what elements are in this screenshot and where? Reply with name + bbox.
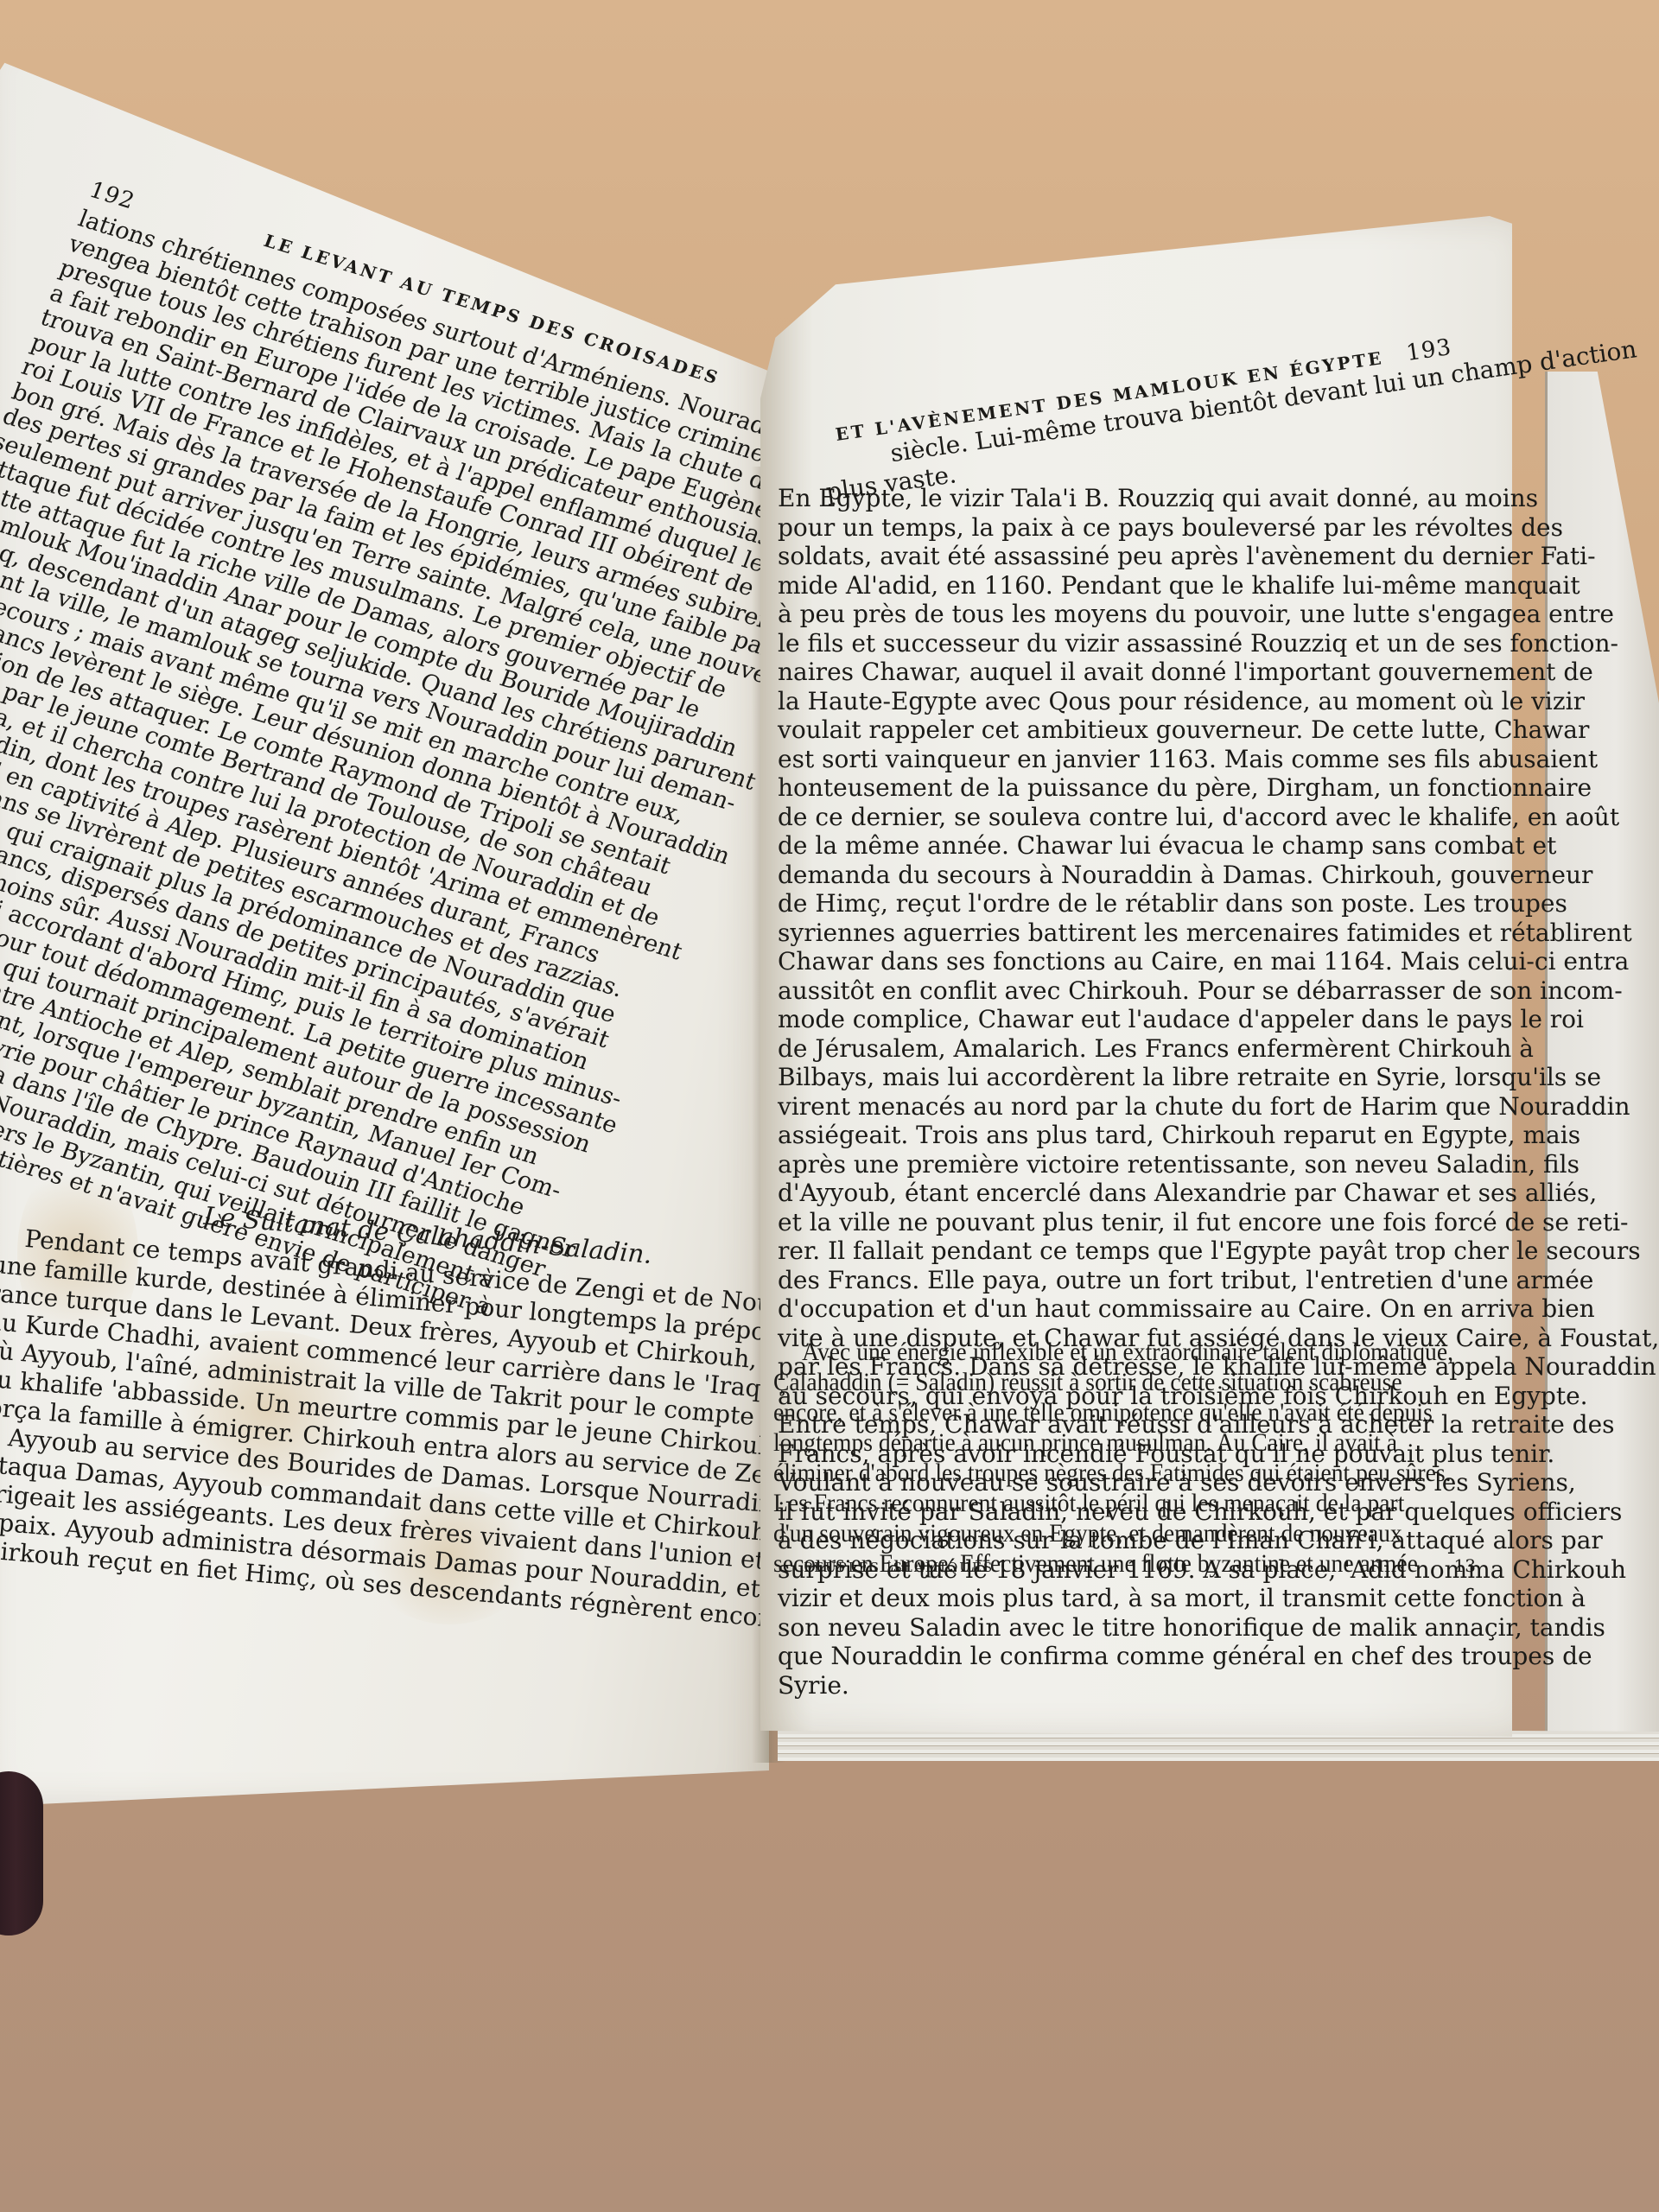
- text-line: demanda du secours à Nouraddin à Damas. …: [778, 861, 1538, 890]
- text-line: d'Ayyoub, étant encerclé dans Alexandrie…: [778, 1179, 1538, 1208]
- text-line: le fils et successeur du vizir assassiné…: [778, 629, 1538, 658]
- text-line: Avec une énergie inflexible et un extrao…: [773, 1337, 1465, 1367]
- text-line: syriennes aguerries battirent les mercen…: [778, 918, 1538, 948]
- sheet-number: 13: [1454, 1555, 1486, 1576]
- text-line: Çalahaddin (= Saladin) réussit à sortir …: [773, 1367, 1465, 1397]
- hand-thumb-holding-book: [0, 1771, 43, 1935]
- text-line: mide Al'adid, en 1160. Pendant que le kh…: [778, 571, 1538, 601]
- text-line: est sorti vainqueur en janvier 1163. Mai…: [778, 745, 1538, 774]
- text-line: naires Chawar, auquel il avait donné l'i…: [778, 658, 1538, 687]
- text-line: Bilbays, mais lui accordèrent la libre r…: [778, 1063, 1538, 1092]
- text-line: virent menacés au nord par la chute du f…: [778, 1092, 1538, 1122]
- text-line: vizir et deux mois plus tard, à sa mort,…: [778, 1584, 1538, 1613]
- text-line: aussitôt en conflit avec Chirkouh. Pour …: [778, 976, 1538, 1006]
- text-line: voulait rappeler cet ambitieux gouverneu…: [778, 715, 1538, 745]
- text-line: rer. Il fallait pendant ce temps que l'E…: [778, 1236, 1538, 1266]
- text-line: de la même année. Chawar lui évacua le c…: [778, 831, 1538, 861]
- book-photo-scene: 192 LE LEVANT AU TEMPS DES CROISADES lat…: [0, 0, 1659, 2212]
- text-line: soldats, avait été assassiné peu après l…: [778, 542, 1538, 571]
- right-page-lower-text: Avec une énergie inflexible et un extrao…: [773, 1337, 1525, 1579]
- text-line: son neveu Saladin avec le titre honorifi…: [778, 1613, 1538, 1643]
- text-line: que Nouraddin le confirma comme général …: [778, 1642, 1538, 1671]
- right-page-footer: PEUPLES ISLAMIQUES 13: [804, 1555, 1486, 1576]
- text-line: de Himç, reçut l'ordre de le rétablir da…: [778, 889, 1538, 918]
- text-line: et la ville ne pouvant plus tenir, il fu…: [778, 1208, 1538, 1237]
- text-line: Chawar dans ses fonctions au Caire, en m…: [778, 947, 1538, 976]
- text-line: longtemps départie à aucun prince musulm…: [773, 1427, 1465, 1458]
- text-line: encore, et à s'élever à une telle omnipo…: [773, 1397, 1465, 1427]
- text-line: de ce dernier, se souleva contre lui, d'…: [778, 803, 1538, 832]
- text-line: pour un temps, la paix à ce pays bouleve…: [778, 513, 1538, 543]
- text-line: d'occupation et d'un haut commissaire au…: [778, 1294, 1538, 1324]
- text-line: Syrie.: [778, 1671, 1538, 1700]
- text-line: mode complice, Chawar eut l'audace d'app…: [778, 1005, 1538, 1034]
- text-line: En Egypte, le vizir Tala'i B. Rouzziq qu…: [778, 484, 1538, 513]
- text-line: des Francs. Elle paya, outre un fort tri…: [778, 1266, 1538, 1295]
- text-line: honteusement de la puissance du père, Di…: [778, 773, 1538, 803]
- text-line: de Jérusalem, Amalarich. Les Francs enfe…: [778, 1034, 1538, 1064]
- left-page-lower-text: Le Sultanat de Çalahaddin-Saladin. Penda…: [0, 1166, 749, 1628]
- text-line: après une première victoire retentissant…: [778, 1150, 1538, 1179]
- text-line: Les Francs reconnurent aussitôt le péril…: [773, 1488, 1465, 1518]
- text-line: la Haute-Egypte avec Qous pour résidence…: [778, 687, 1538, 716]
- text-line: assiégeait. Trois ans plus tard, Chirkou…: [778, 1121, 1538, 1150]
- text-line: d'un souverain vigoureux en Egypte, et d…: [773, 1518, 1465, 1548]
- text-line: à peu près de tous les moyens du pouvoir…: [778, 600, 1538, 629]
- printer-signature-mark: PEUPLES ISLAMIQUES: [804, 1560, 994, 1575]
- text-line: éliminer d'abord les troupes nègres des …: [773, 1458, 1465, 1488]
